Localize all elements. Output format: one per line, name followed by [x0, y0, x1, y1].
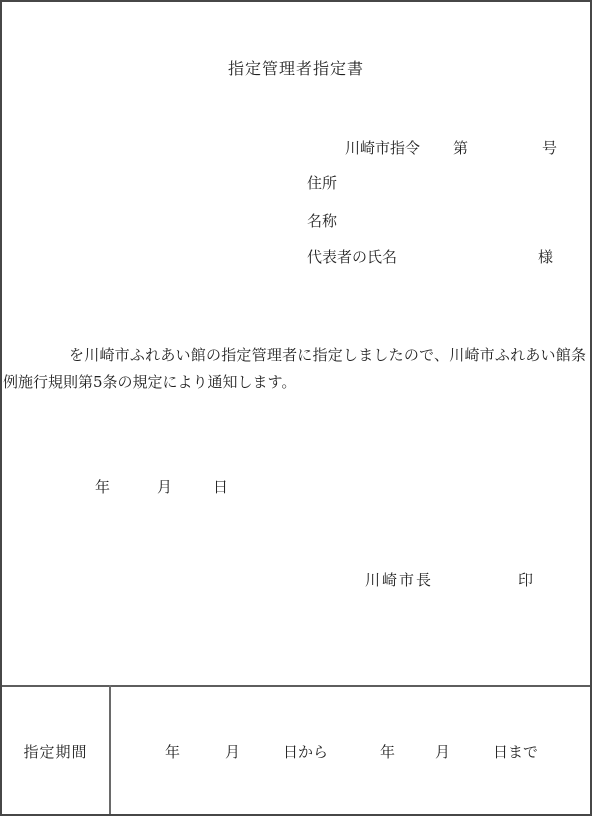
directive-issuer-label: 川崎市指令: [345, 137, 420, 158]
body-paragraph: を川崎市ふれあい館の指定管理者に指定しましたので、川崎市ふれあい館条例施行規則第…: [3, 342, 586, 396]
recipient-honorific: 様: [538, 246, 553, 267]
period-from-day-label: 日から: [283, 741, 328, 762]
period-table-header-label: 指定期間: [2, 741, 109, 762]
issue-date-month-label: 月: [157, 476, 172, 497]
period-from-year-label: 年: [165, 741, 180, 762]
document-page: 指定管理者指定書 川崎市指令 第 号 住所 名称 代表者の氏名 様 を川崎市ふれ…: [0, 0, 592, 816]
document-title: 指定管理者指定書: [2, 56, 590, 79]
period-to-day-label: 日まで: [493, 741, 538, 762]
recipient-representative-label: 代表者の氏名: [307, 246, 397, 267]
recipient-address-label: 住所: [307, 172, 337, 193]
directive-number-suffix: 号: [542, 137, 557, 158]
period-to-year-label: 年: [380, 741, 395, 762]
period-to-month-label: 月: [435, 741, 450, 762]
recipient-name-label: 名称: [307, 210, 337, 231]
period-table-column-divider: [109, 685, 111, 814]
period-table-top-border: [2, 685, 590, 687]
issuer-seal-label: 印: [518, 569, 533, 590]
issuer-name: 川崎市長: [365, 569, 433, 590]
period-from-month-label: 月: [225, 741, 240, 762]
issue-date-day-label: 日: [213, 476, 228, 497]
issue-date-year-label: 年: [95, 476, 110, 497]
directive-number-prefix: 第: [453, 137, 468, 158]
